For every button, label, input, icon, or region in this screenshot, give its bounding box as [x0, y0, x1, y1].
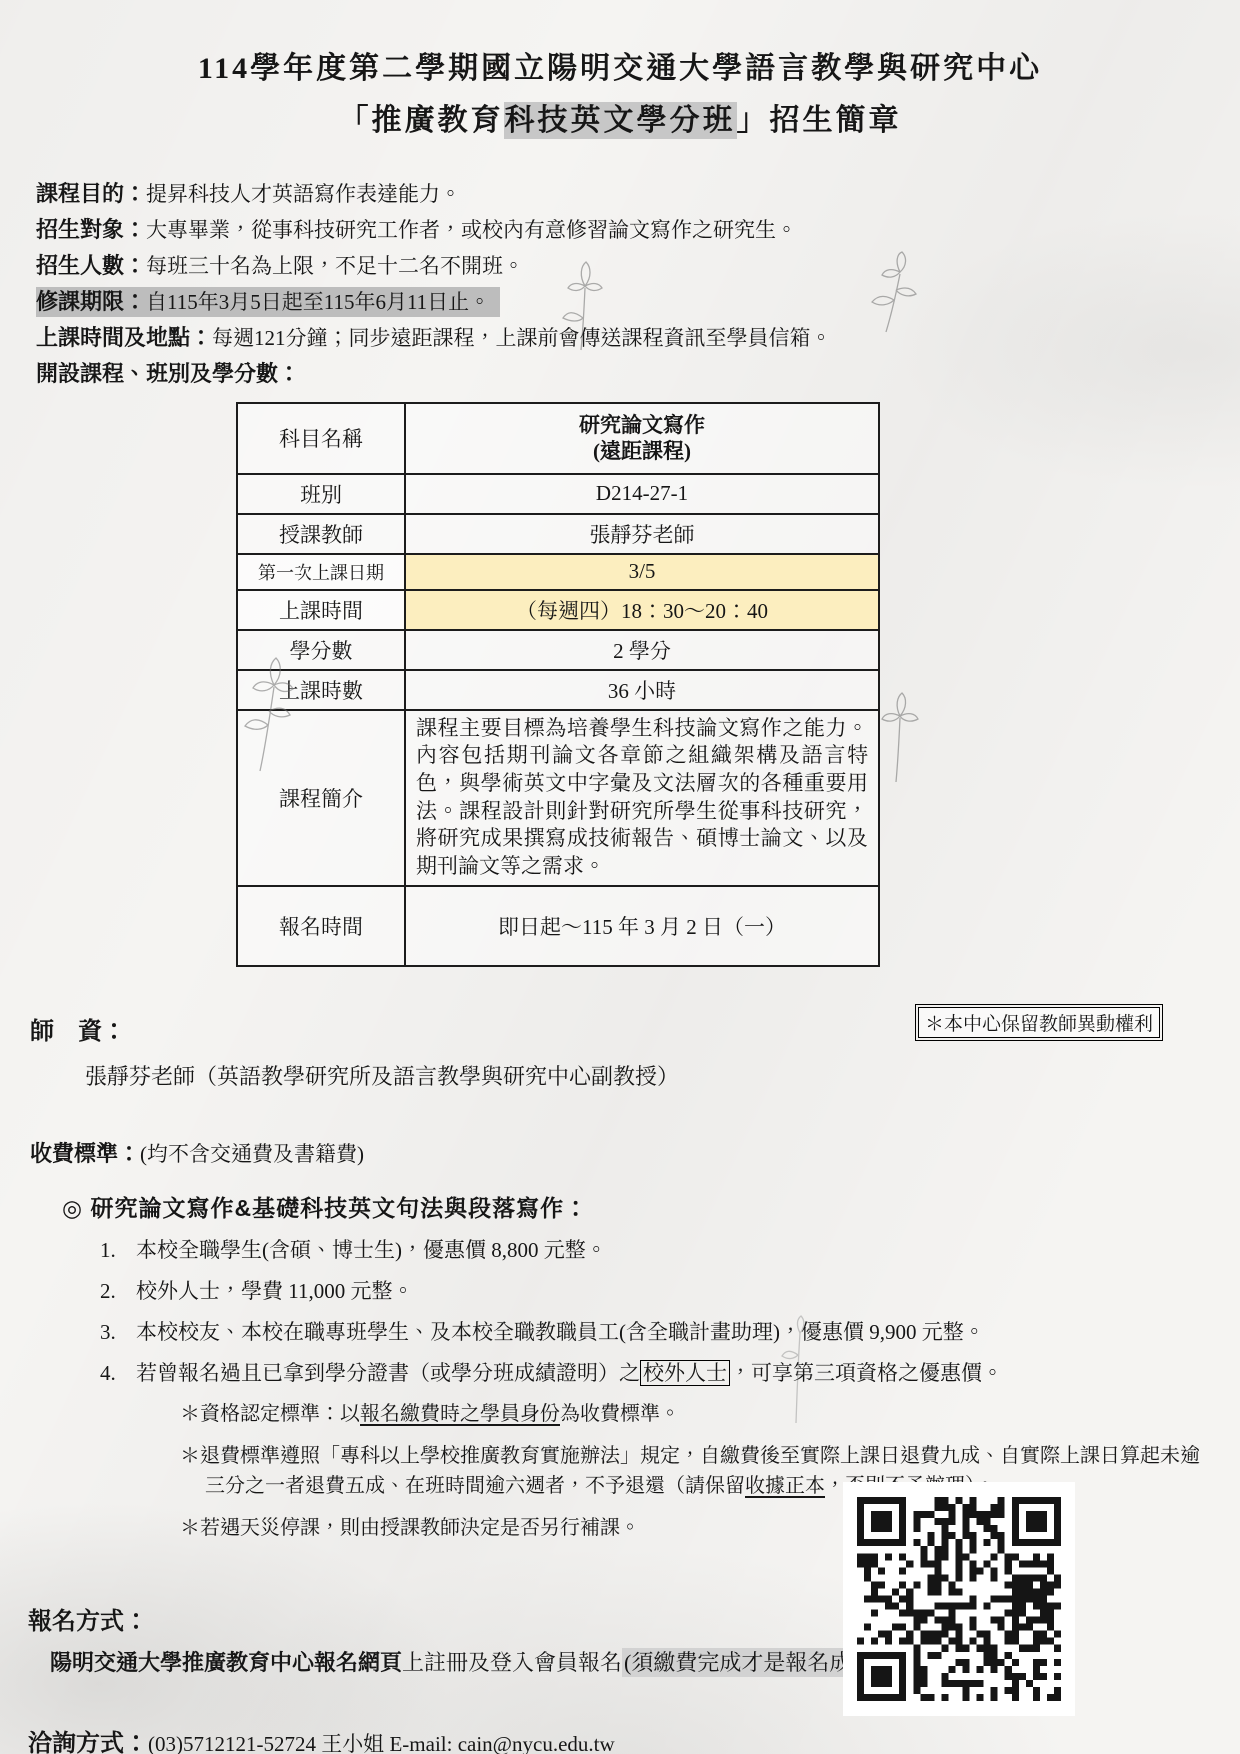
fee-item-text: 本校校友、本校在職專班學生、及本校全職教職員工(含全職計畫助理)，優惠價 9,9…	[136, 1319, 985, 1346]
fee-item-3: 3. 本校校友、本校在職專班學生、及本校全職教職員工(含全職計畫助理)，優惠價 …	[100, 1319, 1240, 1346]
audience-text: 大專畢業，從事科技研究工作者，或校內有意修習論文寫作之研究生。	[146, 218, 797, 242]
faculty-change-note: ＊本中心保留教師異動權利	[918, 1007, 1160, 1038]
page-title-line2: 「推廣教育科技英文學分班」招生簡章	[0, 106, 1240, 136]
fees-group-heading: ◎ 研究論文寫作&基礎科技英文句法與段落寫作：	[62, 1190, 1240, 1223]
page-title-line1: 114學年度第二學期國立陽明交通大學語言教學與研究中心	[0, 54, 1240, 84]
credits-label: 學分數	[237, 630, 405, 670]
period-text: 自115年3月5日起至115年6月11日止。	[146, 290, 490, 314]
intro-label: 課程簡介	[237, 710, 405, 886]
table-row-class-id: 班別 D214-27-1	[237, 474, 879, 514]
fee-item-number: 1.	[100, 1237, 136, 1264]
note-underlined-text: 收據正本	[745, 1475, 825, 1497]
note-underlined-text: 報名繳費時之學員身份	[360, 1403, 560, 1425]
quota-text: 每班三十名為上限，不足十二名不開班。	[146, 254, 524, 278]
table-row-intro: 課程簡介 課程主要目標為培養學生科技論文寫作之能力。內容包括期刊論文各章節之組織…	[237, 710, 879, 886]
fee-item-text: 校外人士，學費 11,000 元整。	[136, 1278, 413, 1305]
time-place-text: 每週121分鐘；同步遠距課程，上課前會傳送課程資訊至學員信箱。	[212, 326, 832, 350]
fees-label: 收費標準：	[30, 1141, 140, 1166]
qr-code-image	[857, 1497, 1061, 1701]
document-header: 114學年度第二學期國立陽明交通大學語言教學與研究中心 「推廣教育科技英文學分班…	[0, 0, 1240, 136]
table-row-class-time: 上課時間 （每週四）18：30～20：40	[237, 590, 879, 630]
signup-qr-code	[843, 1482, 1075, 1716]
teacher-label: 授課教師	[237, 514, 405, 554]
time-place-label: 上課時間及地點：	[36, 325, 212, 350]
faculty-section: 師 資： ＊本中心保留教師異動權利 張靜芬老師（英語教學研究所及語言教學與研究中…	[30, 1011, 1240, 1091]
info-line-period: 修課期限：自115年3月5日起至115年6月11日止。	[36, 288, 1240, 316]
table-row-teacher: 授課教師 張靜芬老師	[237, 514, 879, 554]
brochure-page: { "title": { "line1": "114學年度第二學期國立陽明交通大…	[0, 0, 1240, 1754]
period-label: 修課期限：	[36, 289, 146, 314]
fee-item-1: 1. 本校全職學生(含碩、博士生)，優惠價 8,800 元整。	[100, 1237, 1240, 1264]
courses-heading: 開設課程、班別及學分數：	[36, 361, 300, 386]
info-line-courses-heading: 開設課程、班別及學分數：	[36, 360, 1240, 388]
subject-label: 科目名稱	[237, 403, 405, 474]
table-row-credits: 學分數 2 學分	[237, 630, 879, 670]
contact-label: 洽詢方式：	[28, 1730, 148, 1754]
first-date-value: 3/5	[405, 554, 879, 590]
flower-doodle-icon	[872, 690, 932, 790]
fee-note-eligibility: ＊資格認定標準：以報名繳費時之學員身份為收費標準。	[180, 1399, 1215, 1429]
signup-mid-text: 上註冊及登入會員報名	[402, 1650, 622, 1675]
note-text: ＊資格認定標準：以	[180, 1403, 360, 1425]
class-id-label: 班別	[237, 474, 405, 514]
purpose-text: 提昇科技人才英語寫作表達能力。	[146, 182, 461, 206]
table-row-subject: 科目名稱 研究論文寫作 (遠距課程)	[237, 403, 879, 474]
fees-heading: 收費標準：(均不含交通費及書籍費)	[30, 1137, 1240, 1168]
note-text: 為收費標準。	[560, 1403, 680, 1425]
title-line2-suffix: 」招生簡章	[737, 104, 902, 137]
class-time-value: （每週四）18：30～20：40	[405, 590, 879, 630]
contact-section: 洽詢方式：(03)5712121-52724 王小姐 E-mail: cain@…	[28, 1723, 1240, 1754]
fee-item-4: 4. 若曾報名過且已拿到學分證書（或學分班成績證明）之校外人士，可享第三項資格之…	[100, 1360, 1240, 1387]
subject-value-line1: 研究論文寫作	[414, 412, 870, 438]
period-highlight: 修課期限：自115年3月5日起至115年6月11日止。	[36, 287, 500, 317]
table-row-first-date: 第一次上課日期 3/5	[237, 554, 879, 590]
fee-item-4-boxed: 校外人士	[640, 1360, 730, 1386]
course-table: 科目名稱 研究論文寫作 (遠距課程) 班別 D214-27-1 授課教師 張靜芬…	[236, 402, 880, 967]
faculty-detail: 張靜芬老師（英語教學研究所及語言教學與研究中心副教授）	[85, 1060, 1240, 1091]
signup-portal-link-text: 陽明交通大學推廣教育中心報名網頁	[50, 1650, 402, 1675]
fees-label-suffix: (均不含交通費及書籍費)	[140, 1142, 364, 1166]
purpose-label: 課程目的：	[36, 181, 146, 206]
hours-label: 上課時數	[237, 670, 405, 710]
contact-info: (03)5712121-52724 王小姐 E-mail: cain@nycu.…	[148, 1732, 615, 1754]
signup-time-value: 即日起～115 年 3 月 2 日（一）	[405, 886, 879, 966]
table-row-signup-time: 報名時間 即日起～115 年 3 月 2 日（一）	[237, 886, 879, 966]
hours-value: 36 小時	[405, 670, 879, 710]
credits-value: 2 學分	[405, 630, 879, 670]
fee-item-number: 4.	[100, 1360, 136, 1387]
info-line-time-place: 上課時間及地點：每週121分鐘；同步遠距課程，上課前會傳送課程資訊至學員信箱。	[36, 324, 1240, 352]
info-line-audience: 招生對象：大專畢業，從事科技研究工作者，或校內有意修習論文寫作之研究生。	[36, 216, 1240, 244]
signup-time-label: 報名時間	[237, 886, 405, 966]
subject-value: 研究論文寫作 (遠距課程)	[405, 403, 879, 474]
title-line2-prefix: 「推廣教育	[339, 104, 504, 137]
fee-item-4-pre: 若曾報名過且已拿到學分證書（或學分班成績證明）之	[136, 1361, 640, 1385]
teacher-value: 張靜芬老師	[405, 514, 879, 554]
fee-item-text: 本校全職學生(含碩、博士生)，優惠價 8,800 元整。	[136, 1237, 607, 1264]
title-line2-highlight: 科技英文學分班	[504, 102, 737, 139]
faculty-label: 師 資：	[30, 1018, 126, 1045]
class-id-value: D214-27-1	[405, 474, 879, 514]
fee-item-text: 若曾報名過且已拿到學分證書（或學分班成績證明）之校外人士，可享第三項資格之優惠價…	[136, 1360, 1003, 1387]
course-info-section: 課程目的：提昇科技人才英語寫作表達能力。 招生對象：大專畢業，從事科技研究工作者…	[36, 180, 1240, 388]
fee-item-2: 2. 校外人士，學費 11,000 元整。	[100, 1278, 1240, 1305]
fee-item-number: 3.	[100, 1319, 136, 1346]
quota-label: 招生人數：	[36, 253, 146, 278]
note-text: ＊若遇天災停課，則由授課教師決定是否另行補課。	[180, 1517, 640, 1539]
info-line-purpose: 課程目的：提昇科技人才英語寫作表達能力。	[36, 180, 1240, 208]
fee-item-number: 2.	[100, 1278, 136, 1305]
audience-label: 招生對象：	[36, 217, 146, 242]
table-row-hours: 上課時數 36 小時	[237, 670, 879, 710]
first-date-label: 第一次上課日期	[237, 554, 405, 590]
subject-value-line2: (遠距課程)	[414, 438, 870, 464]
fee-item-4-post: ，可享第三項資格之優惠價。	[730, 1361, 1003, 1385]
info-line-quota: 招生人數：每班三十名為上限，不足十二名不開班。	[36, 252, 1240, 280]
intro-value: 課程主要目標為培養學生科技論文寫作之能力。內容包括期刊論文各章節之組織架構及語言…	[405, 710, 879, 886]
class-time-label: 上課時間	[237, 590, 405, 630]
